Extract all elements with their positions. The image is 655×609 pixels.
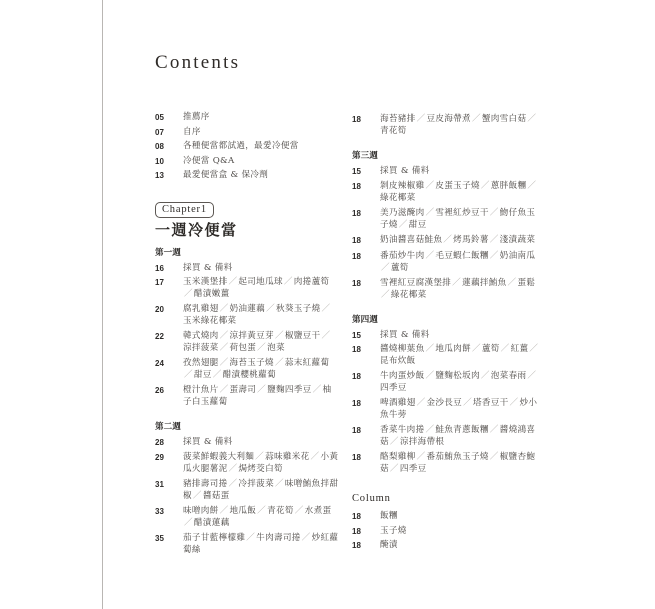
- slash-separator: ／: [184, 289, 193, 299]
- intro-list: 05推薦序07自序08各種便當都試過，最愛冷便當10冷便當 Q&A13最愛便當盒…: [155, 111, 340, 182]
- slash-separator: ／: [527, 114, 536, 124]
- toc-entry: 24孜然翅腿／海苔玉子燒／蒜末紅蘿蔔／甜豆／醋漬櫻桃蘿蔔: [155, 357, 340, 381]
- slash-separator: ／: [246, 533, 255, 543]
- toc-entry: 13最愛便當盒 & 保冷劑: [155, 169, 340, 182]
- page-number: 18: [352, 510, 380, 523]
- week-heading: 第三週: [352, 149, 542, 161]
- slash-separator: ／: [220, 358, 229, 368]
- entry-text: 香菜牛肉捲／鮭魚青蔥飯糰／醬燒鴻喜菇／涼拌海帶根: [380, 424, 542, 448]
- entry-text: 自序: [183, 126, 340, 139]
- page-number: 18: [352, 234, 380, 247]
- slash-separator: ／: [529, 344, 538, 354]
- slash-separator: ／: [463, 398, 472, 408]
- page-number: 18: [352, 525, 380, 538]
- toc-entry: 17玉米漢堡排／起司地瓜球／肉捲蘆筍／醋漬嫩薑: [155, 276, 340, 300]
- entry-text: 海苔豬排／豆皮海帶煮／蟹肉雪白菇／青花筍: [380, 113, 542, 137]
- page-number: 15: [352, 165, 380, 178]
- slash-separator: ／: [425, 181, 434, 191]
- slash-separator: ／: [472, 344, 481, 354]
- slash-separator: ／: [257, 506, 266, 516]
- toc-entry: 07自序: [155, 126, 340, 139]
- toc-entry: 18飯糰: [352, 510, 542, 523]
- toc-entry: 22韓式燒肉／涼拌黃豆芽／椒鹽豆干／涼拌菠菜／荷包蛋／泡菜: [155, 330, 340, 354]
- slash-separator: ／: [313, 385, 322, 395]
- entry-text: 冷便當 Q&A: [183, 155, 340, 168]
- slash-separator: ／: [481, 181, 490, 191]
- slash-separator: ／: [228, 277, 237, 287]
- slash-separator: ／: [213, 370, 222, 380]
- toc-entry: 18啤酒雞翅／金沙長豆／塔香豆干／炒小魚牛蒡: [352, 397, 542, 421]
- toc-left-column: 05推薦序07自序08各種便當都試過，最愛冷便當10冷便當 Q&A13最愛便當盒…: [155, 111, 340, 559]
- entry-text: 韓式燒肉／涼拌黃豆芽／椒鹽豆干／涼拌菠菜／荷包蛋／泡菜: [183, 330, 340, 354]
- entry-text: 採買 & 備料: [380, 165, 542, 178]
- toc-entry: 05推薦序: [155, 111, 340, 124]
- slash-separator: ／: [275, 479, 284, 489]
- slash-separator: ／: [490, 425, 499, 435]
- weeks-left: 第一週16採買 & 備料17玉米漢堡排／起司地瓜球／肉捲蘆筍／醋漬嫩薑20腐乳雞…: [155, 246, 340, 556]
- entry-text: 牛肉蛋炒飯／鹽麴松坂肉／泡菜春雨／四季豆: [380, 370, 542, 394]
- entry-text: 啤酒雞翅／金沙長豆／塔香豆干／炒小魚牛蒡: [380, 397, 542, 421]
- toc-entry: 18醬燒柳葉魚／地瓜肉餅／蘆筍／紅薑／昆布炊飯: [352, 343, 542, 367]
- slash-separator: ／: [425, 371, 434, 381]
- entry-text: 豬排壽司捲／冷拌菠菜／味噌鮪魚拌甜椒／醬菇蛋: [183, 478, 340, 502]
- entry-text: 孜然翅腿／海苔玉子燒／蒜末紅蘿蔔／甜豆／醋漬櫻桃蘿蔔: [183, 357, 340, 381]
- page-fold-line: [102, 0, 103, 609]
- page-number: 26: [155, 384, 183, 408]
- entry-text: 奶油醬喜菇鮭魚／烤馬鈴薯／淺漬蔬菜: [380, 234, 542, 247]
- toc-entry: 18雪裡紅豆腐漢堡排／蓮藕拌鮪魚／蛋鬆／綠花椰菜: [352, 277, 542, 301]
- page-number: 18: [352, 343, 380, 367]
- week-heading: 第二週: [155, 420, 340, 432]
- toc-entry: 15採買 & 備料: [352, 329, 542, 342]
- page-number: 08: [155, 140, 183, 153]
- slash-separator: ／: [184, 370, 193, 380]
- slash-separator: ／: [302, 533, 311, 543]
- slash-separator: ／: [443, 235, 452, 245]
- page-number: 35: [155, 532, 183, 556]
- slash-separator: ／: [381, 263, 390, 273]
- slash-separator: ／: [184, 518, 193, 528]
- entry-text: 菠菜鮮蝦義大利麵／蒜味雞米花／小黃瓜火腿薯泥／焗烤茭白筍: [183, 451, 340, 475]
- entry-text: 醃漬: [380, 539, 542, 552]
- toc-entry: 33味噌肉餅／地瓜飯／青花筍／水煮蛋／醋漬蓮藕: [155, 505, 340, 529]
- entry-text: 各種便當都試過，最愛冷便當: [183, 140, 340, 153]
- page-number: 18: [352, 180, 380, 204]
- slash-separator: ／: [275, 331, 284, 341]
- toc-entry: 18海苔豬排／豆皮海帶煮／蟹肉雪白菇／青花筍: [352, 113, 542, 137]
- toc-entry: 29菠菜鮮蝦義大利麵／蒜味雞米花／小黃瓜火腿薯泥／焗烤茭白筍: [155, 451, 340, 475]
- page-number: 05: [155, 111, 183, 124]
- week-heading: 第四週: [352, 313, 542, 325]
- slash-separator: ／: [220, 343, 229, 353]
- toc-entry: 18番茄炒牛肉／毛豆蝦仁飯糰／奶油南瓜／蘆筍: [352, 250, 542, 274]
- page-number: 29: [155, 451, 183, 475]
- toc-entry: 18香菜牛肉捲／鮭魚青蔥飯糰／醬燒鴻喜菇／涼拌海帶根: [352, 424, 542, 448]
- page-number: 18: [352, 397, 380, 421]
- slash-separator: ／: [417, 398, 426, 408]
- entry-text: 茄子甘藍檸檬雞／牛肉壽司捲／炒紅蘿蔔絲: [183, 532, 340, 556]
- slash-separator: ／: [220, 385, 229, 395]
- slash-separator: ／: [399, 220, 408, 230]
- slash-separator: ／: [266, 304, 275, 314]
- slash-separator: ／: [527, 371, 536, 381]
- toc-entry: 10冷便當 Q&A: [155, 155, 340, 168]
- toc-entry: 18剝皮辣椒雞／皮蛋玉子燒／蔥胖飯糰／綠花椰菜: [352, 180, 542, 204]
- page-title: Contents: [155, 52, 240, 74]
- page-number: 16: [155, 262, 183, 275]
- slash-separator: ／: [193, 491, 202, 501]
- entry-text: 雪裡紅豆腐漢堡排／蓮藕拌鮪魚／蛋鬆／綠花椰菜: [380, 277, 542, 301]
- page-number: 33: [155, 505, 183, 529]
- entry-text: 醬燒柳葉魚／地瓜肉餅／蘆筍／紅薑／昆布炊飯: [380, 343, 542, 367]
- entry-text: 推薦序: [183, 111, 340, 124]
- slash-separator: ／: [390, 464, 399, 474]
- page-number: 18: [352, 277, 380, 301]
- page-number: 13: [155, 169, 183, 182]
- slash-separator: ／: [425, 425, 434, 435]
- page-number: 18: [352, 370, 380, 394]
- entry-text: 腐乳雞翅／奶油蓮藕／秋葵玉子燒／玉米綠花椰菜: [183, 303, 340, 327]
- toc-entry: 18奶油醬喜菇鮭魚／烤馬鈴薯／淺漬蔬菜: [352, 234, 542, 247]
- page-number: 28: [155, 436, 183, 449]
- slash-separator: ／: [228, 479, 237, 489]
- page-number: 18: [352, 424, 380, 448]
- entry-text: 酪梨雞柳／番茄鮪魚玉子燒／椒鹽杏鮑菇／四季豆: [380, 451, 542, 475]
- entry-text: 採買 & 備料: [183, 262, 340, 275]
- toc-entry: 18醃漬: [352, 539, 542, 552]
- slash-separator: ／: [490, 235, 499, 245]
- week-heading: 第一週: [155, 246, 340, 258]
- slash-separator: ／: [490, 208, 499, 218]
- page-number: 24: [155, 357, 183, 381]
- slash-separator: ／: [220, 331, 229, 341]
- entry-text: 採買 & 備料: [380, 329, 542, 342]
- entry-text: 剝皮辣椒雞／皮蛋玉子燒／蔥胖飯糰／綠花椰菜: [380, 180, 542, 204]
- slash-separator: ／: [481, 371, 490, 381]
- slash-separator: ／: [257, 385, 266, 395]
- slash-separator: ／: [501, 344, 510, 354]
- column-list: 18飯糰18玉子燒18醃漬: [352, 510, 542, 552]
- page-number: 18: [352, 207, 380, 231]
- slash-separator: ／: [490, 452, 499, 462]
- toc-entry: 31豬排壽司捲／冷拌菠菜／味噌鮪魚拌甜椒／醬菇蛋: [155, 478, 340, 502]
- toc-entry: 18酪梨雞柳／番茄鮪魚玉子燒／椒鹽杏鮑菇／四季豆: [352, 451, 542, 475]
- slash-separator: ／: [275, 358, 284, 368]
- slash-separator: ／: [417, 452, 426, 462]
- slash-separator: ／: [472, 114, 481, 124]
- page-number: 10: [155, 155, 183, 168]
- page-number: 18: [352, 539, 380, 552]
- column-heading: Column: [352, 493, 542, 505]
- slash-separator: ／: [508, 278, 517, 288]
- page-number: 18: [352, 113, 380, 137]
- slash-separator: ／: [311, 452, 320, 462]
- toc-entry: 18牛肉蛋炒飯／鹽麴松坂肉／泡菜春雨／四季豆: [352, 370, 542, 394]
- slash-separator: ／: [452, 278, 461, 288]
- entry-text: 番茄炒牛肉／毛豆蝦仁飯糰／奶油南瓜／蘆筍: [380, 250, 542, 274]
- page-number: 22: [155, 330, 183, 354]
- toc-entry: 26橙汁魚片／蛋壽司／鹽麴四季豆／柚子白玉蘿蔔: [155, 384, 340, 408]
- toc-entry: 28採買 & 備料: [155, 436, 340, 449]
- slash-separator: ／: [321, 331, 330, 341]
- toc-entry: 18玉子燒: [352, 525, 542, 538]
- page-number: 17: [155, 276, 183, 300]
- slash-separator: ／: [284, 277, 293, 287]
- slash-separator: ／: [220, 304, 229, 314]
- slash-separator: ／: [425, 251, 434, 261]
- page-number: 18: [352, 451, 380, 475]
- toc-entry: 18美乃滋醃肉／雪裡紅炒豆干／魩仔魚玉子燒／甜豆: [352, 207, 542, 231]
- entry-text: 飯糰: [380, 510, 542, 523]
- page-number: 31: [155, 478, 183, 502]
- toc-right-column: 18海苔豬排／豆皮海帶煮／蟹肉雪白菇／青花筍第三週15採買 & 備料18剝皮辣椒…: [352, 113, 542, 554]
- slash-separator: ／: [295, 506, 304, 516]
- slash-separator: ／: [228, 464, 237, 474]
- page-number: 18: [352, 250, 380, 274]
- slash-separator: ／: [417, 114, 426, 124]
- entry-text: 橙汁魚片／蛋壽司／鹽麴四季豆／柚子白玉蘿蔔: [183, 384, 340, 408]
- slash-separator: ／: [510, 398, 519, 408]
- toc-entry: 20腐乳雞翅／奶油蓮藕／秋葵玉子燒／玉米綠花椰菜: [155, 303, 340, 327]
- slash-separator: ／: [381, 290, 390, 300]
- entry-text: 採買 & 備料: [183, 436, 340, 449]
- toc-entry: 08各種便當都試過，最愛冷便當: [155, 140, 340, 153]
- entry-text: 玉子燒: [380, 525, 542, 538]
- slash-separator: ／: [425, 208, 434, 218]
- weeks-right: 18海苔豬排／豆皮海帶煮／蟹肉雪白菇／青花筍第三週15採買 & 備料18剝皮辣椒…: [352, 113, 542, 475]
- page-number: 20: [155, 303, 183, 327]
- chapter-title: 一週冷便當: [155, 224, 340, 236]
- slash-separator: ／: [255, 452, 264, 462]
- slash-separator: ／: [490, 251, 499, 261]
- slash-separator: ／: [527, 181, 536, 191]
- slash-separator: ／: [220, 506, 229, 516]
- slash-separator: ／: [425, 344, 434, 354]
- entry-text: 味噌肉餅／地瓜飯／青花筍／水煮蛋／醋漬蓮藕: [183, 505, 340, 529]
- slash-separator: ／: [390, 437, 399, 447]
- entry-text: 最愛便當盒 & 保冷劑: [183, 169, 340, 182]
- slash-separator: ／: [321, 304, 330, 314]
- toc-entry: 35茄子甘藍檸檬雞／牛肉壽司捲／炒紅蘿蔔絲: [155, 532, 340, 556]
- slash-separator: ／: [257, 343, 266, 353]
- toc-entry: 16採買 & 備料: [155, 262, 340, 275]
- toc-entry: 15採買 & 備料: [352, 165, 542, 178]
- entry-text: 美乃滋醃肉／雪裡紅炒豆干／魩仔魚玉子燒／甜豆: [380, 207, 542, 231]
- page-number: 15: [352, 329, 380, 342]
- page-number: 07: [155, 126, 183, 139]
- entry-text: 玉米漢堡排／起司地瓜球／肉捲蘆筍／醋漬嫩薑: [183, 276, 340, 300]
- chapter-badge: Chapter1: [155, 202, 214, 218]
